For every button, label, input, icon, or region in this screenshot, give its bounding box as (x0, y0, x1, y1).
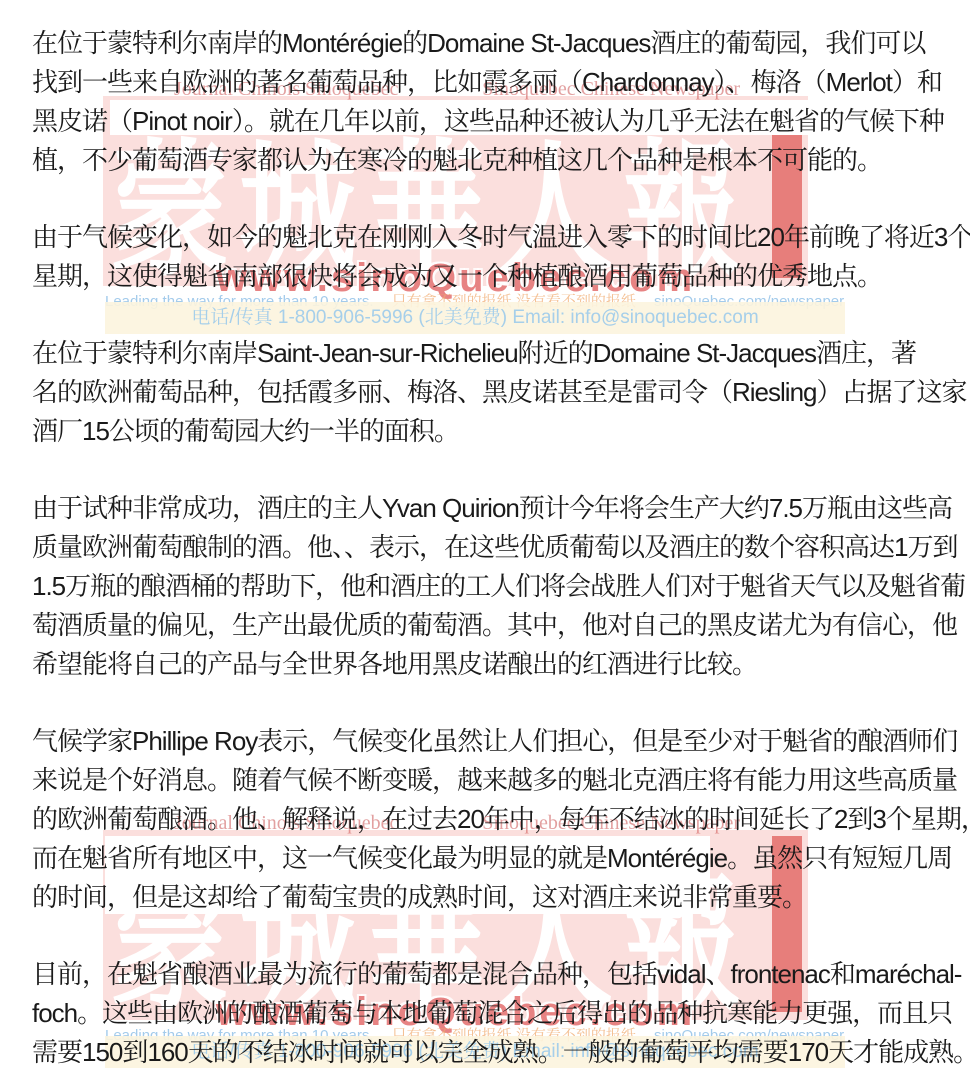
text-line: 质量欧洲葡萄酿制的酒。他、、表示，在这些优质葡萄以及酒庄的数个容积高达1万到 (32, 528, 947, 567)
text-line: 目前，在魁省酿酒业最为流行的葡萄都是混合品种，包括vidal、frontenac… (32, 955, 947, 994)
text-line: 名的欧洲葡萄品种，包括霞多丽、梅洛、黑皮诺甚至是雷司令（Riesling）占据了… (32, 373, 947, 412)
text-line: 1.5万瓶的酿酒桶的帮助下，他和酒庄的工人们将会战胜人们对于魁省天气以及魁省葡 (32, 567, 947, 606)
text-line: 需要150到160天的不结冰时间就可以完全成熟。一般的葡萄平均需要170天才能成… (32, 1033, 947, 1072)
article-body: 在位于蒙特利尔南岸的Montérégie的Domaine St-Jacques酒… (32, 24, 947, 1072)
text-line: 酒厂15公顷的葡萄园大约一半的面积。 (32, 412, 947, 451)
text-line: 的欧洲葡萄酿酒。他、解释说，在过去20年中，每年不结冰的时间延长了2到3个星期， (32, 800, 947, 839)
text-line: 找到一些来自欧洲的著名葡萄品种，比如霞多丽（Chardonnay）、梅洛（Mer… (32, 63, 947, 102)
text-line: 在位于蒙特利尔南岸Saint-Jean-sur-Richelieu附近的Doma… (32, 334, 947, 373)
text-line: 来说是个好消息。随着气候不断变暖，越来越多的魁北克酒庄将有能力用这些高质量 (32, 761, 947, 800)
text-line: 的时间，但是这却给了葡萄宝贵的成熟时间，这对酒庄来说非常重要。 (32, 878, 947, 917)
paragraph: 气候学家Phillipe Roy表示，气候变化虽然让人们担心，但是至少对于魁省的… (32, 722, 947, 917)
text-line: 气候学家Phillipe Roy表示，气候变化虽然让人们担心，但是至少对于魁省的… (32, 722, 947, 761)
paragraph: 由于气候变化，如今的魁北克在刚刚入冬时气温进入零下的时间比20年前晚了将近3个星… (32, 218, 947, 296)
paragraph: 在位于蒙特利尔南岸的Montérégie的Domaine St-Jacques酒… (32, 24, 947, 180)
paragraph: 由于试种非常成功，酒庄的主人Yvan Quirion预计今年将会生产大约7.5万… (32, 489, 947, 684)
text-line: 植，不少葡萄酒专家都认为在寒冷的魁北克种植这几个品种是根本不可能的。 (32, 141, 947, 180)
text-line: 黑皮诺（Pinot noir）。就在几年以前，这些品种还被认为几乎无法在魁省的气… (32, 102, 947, 141)
paragraph: 在位于蒙特利尔南岸Saint-Jean-sur-Richelieu附近的Doma… (32, 334, 947, 451)
text-line: 而在魁省所有地区中，这一气候变化最为明显的就是Montérégie。虽然只有短短… (32, 839, 947, 878)
text-line: 希望能将自己的产品与全世界各地用黑皮诺酿出的红酒进行比较。 (32, 645, 947, 684)
text-line: foch。这些由欧洲的酿酒葡萄与本地葡萄混合之后得出的品种抗寒能力更强，而且只 (32, 994, 947, 1033)
page: { "article": { "paragraphs": [ { "lines"… (0, 0, 970, 1081)
text-line: 由于试种非常成功，酒庄的主人Yvan Quirion预计今年将会生产大约7.5万… (32, 489, 947, 528)
paragraph: 目前，在魁省酿酒业最为流行的葡萄都是混合品种，包括vidal、frontenac… (32, 955, 947, 1072)
text-line: 由于气候变化，如今的魁北克在刚刚入冬时气温进入零下的时间比20年前晚了将近3个 (32, 218, 947, 257)
text-line: 星期，这使得魁省南部很快将会成为又一个种植酿酒用葡萄品种的优秀地点。 (32, 257, 947, 296)
text-line: 萄酒质量的偏见，生产出最优质的葡萄酒。其中，他对自己的黑皮诺尤为有信心，他 (32, 606, 947, 645)
text-line: 在位于蒙特利尔南岸的Montérégie的Domaine St-Jacques酒… (32, 24, 947, 63)
